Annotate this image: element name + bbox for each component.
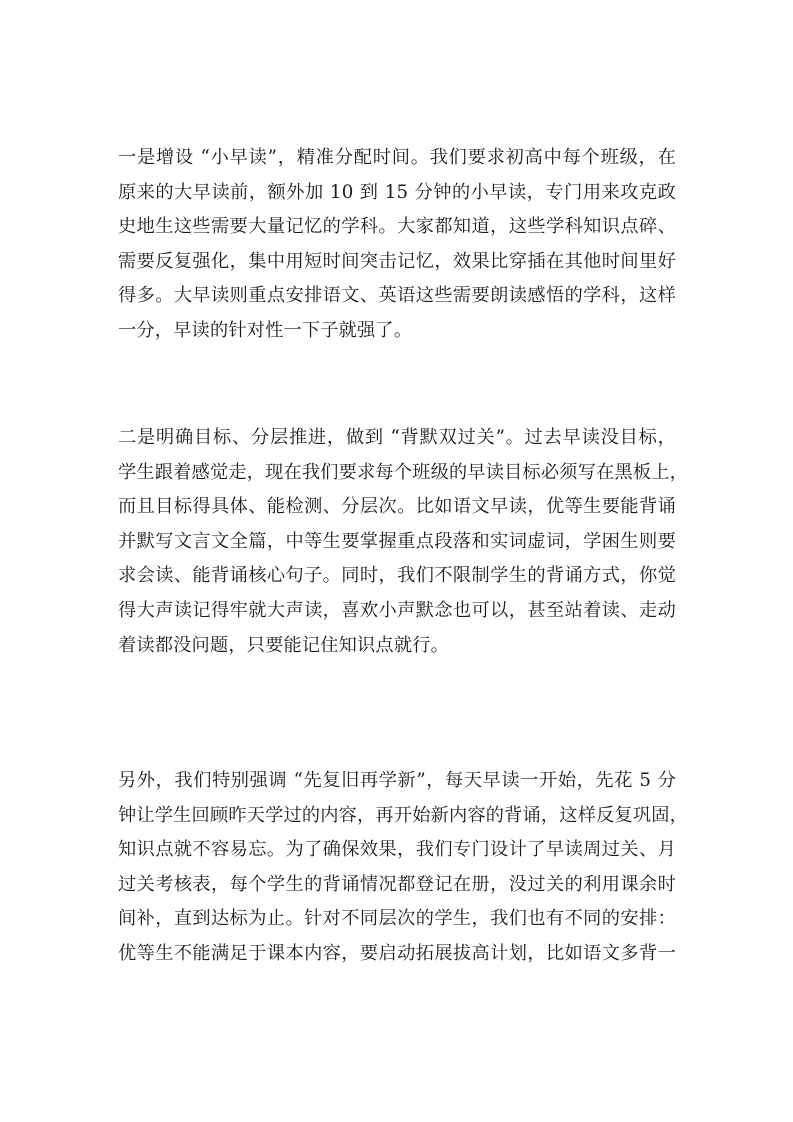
text-line: 而且目标得具体、能检测、分层次。比如语文早读，优等生要能背诵: [118, 490, 676, 525]
text-line: 另外，我们特别强调 “先复旧再学新”，每天早读一开始，先花 5 分: [118, 764, 676, 799]
text-line: 一是增设 “小早读”，精准分配时间。我们要求初高中每个班级，在: [118, 141, 676, 176]
text-line: 史地生这些需要大量记忆的学科。大家都知道，这些学科知识点碎、: [118, 210, 676, 245]
text-line: 优等生不能满足于课本内容，要启动拓展拔高计划，比如语文多背一: [118, 937, 676, 972]
text-line: 着读都没问题，只要能记住知识点就行。: [118, 629, 676, 664]
text-line: 知识点就不容易忘。为了确保效果，我们专门设计了早读周过关、月: [118, 833, 676, 868]
text-line: 二是明确目标、分层推进，做到 “背默双过关”。过去早读没目标，: [118, 421, 676, 456]
text-line: 过关考核表，每个学生的背诵情况都登记在册，没过关的利用课余时: [118, 868, 676, 903]
paragraph-small-morning-reading: 一是增设 “小早读”，精准分配时间。我们要求初高中每个班级，在 原来的大早读前，…: [118, 141, 676, 349]
text-line: 并默写文言文全篇，中等生要掌握重点段落和实词虚词，学困生则要: [118, 525, 676, 560]
text-line: 学生跟着感觉走，现在我们要求每个班级的早读目标必须写在黑板上，: [118, 456, 676, 491]
document-page: 一是增设 “小早读”，精准分配时间。我们要求初高中每个班级，在 原来的大早读前，…: [0, 0, 793, 1122]
text-line: 得大声读记得牢就大声读，喜欢小声默念也可以，甚至站着读、走动: [118, 594, 676, 629]
text-line: 求会读、能背诵核心句子。同时，我们不限制学生的背诵方式，你觉: [118, 559, 676, 594]
text-line: 一分，早读的针对性一下子就强了。: [118, 314, 676, 349]
text-line: 需要反复强化，集中用短时间突击记忆，效果比穿插在其他时间里好: [118, 245, 676, 280]
paragraph-clear-goals: 二是明确目标、分层推进，做到 “背默双过关”。过去早读没目标， 学生跟着感觉走，…: [118, 421, 676, 663]
text-line: 钟让学生回顾昨天学过的内容，再开始新内容的背诵，这样反复巩固，: [118, 799, 676, 834]
paragraph-review-first: 另外，我们特别强调 “先复旧再学新”，每天早读一开始，先花 5 分 钟让学生回顾…: [118, 764, 676, 972]
text-line: 间补，直到达标为止。针对不同层次的学生，我们也有不同的安排：: [118, 902, 676, 937]
text-line: 原来的大早读前，额外加 10 到 15 分钟的小早读，专门用来攻克政: [118, 176, 676, 211]
text-line: 得多。大早读则重点安排语文、英语这些需要朗读感悟的学科，这样: [118, 279, 676, 314]
